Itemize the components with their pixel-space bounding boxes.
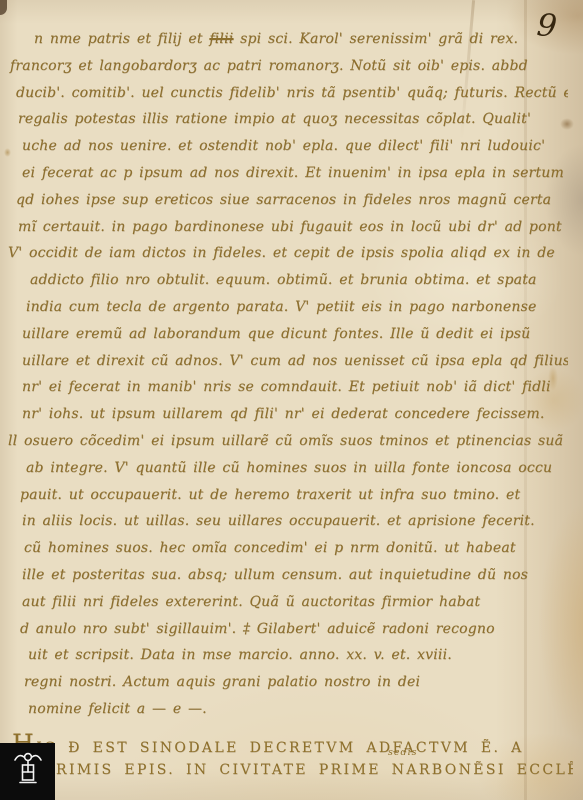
manuscript-line: ab integre. V' quantũ ille cũ homines su… bbox=[8, 455, 568, 482]
manuscript-line: in aliis locis. ut uillas. seu uillares … bbox=[8, 508, 568, 535]
manuscript-line: uillare et direxit cũ adnos. V' cum ad n… bbox=[8, 348, 568, 375]
manuscript-line: uit et scripsit. Data in mse marcio. ann… bbox=[8, 642, 568, 669]
manuscript-line: ll osuero cõcedim' ei ipsum uillarẽ cũ o… bbox=[8, 428, 568, 455]
manuscript-line: ei fecerat ac p ipsum ad nos direxit. Et… bbox=[8, 160, 568, 187]
manuscript-line: n nme patris et filij et filii spi sci. … bbox=[8, 26, 568, 53]
manuscript-line: uche ad nos uenire. et ostendit nob' epl… bbox=[8, 133, 568, 160]
manuscript-line: cũ homines suos. hec omĩa concedim' ei p… bbox=[8, 535, 568, 562]
manuscript-page: 9 n nme patris et filij et filii spi sci… bbox=[0, 0, 583, 800]
manuscript-line: aut filii nri fideles extererint. Quã ũ … bbox=[8, 589, 568, 616]
rubric-line: HIC Ð EST SINODALE DECRETVM ADFACTVM Ẽ. … bbox=[8, 730, 573, 757]
lantern-tower-icon bbox=[12, 749, 44, 795]
manuscript-line: nomine felicit a — e —. bbox=[8, 696, 568, 723]
manuscript-line: regalis potestas illis ratione impio at … bbox=[8, 106, 568, 133]
rubric-line: RIMIS EPIS. IN CIVITATE PRIME NARBONẼSI … bbox=[8, 757, 573, 784]
manuscript-lines: francorʒ et langobardorʒ ac patri romano… bbox=[8, 53, 568, 723]
synodal-rubric: HIC Ð EST SINODALE DECRETVM ADFACTVM Ẽ. … bbox=[8, 730, 573, 784]
manuscript-line: mĩ certauit. in pago bardinonese ubi fug… bbox=[8, 214, 568, 241]
manuscript-line: V' occidit de iam dictos in fideles. et … bbox=[8, 240, 568, 267]
manuscript-line: d anulo nro subt' sigillauim'. ‡ Gilaber… bbox=[8, 616, 568, 643]
interlinear-gloss: sedis bbox=[388, 747, 418, 758]
manuscript-line: india cum tecla de argento parata. V' pe… bbox=[8, 294, 568, 321]
manuscript-body: n nme patris et filij et filii spi sci. … bbox=[8, 26, 568, 723]
manuscript-line: uillare eremũ ad laborandum que dicunt f… bbox=[8, 321, 568, 348]
library-watermark bbox=[0, 743, 55, 800]
manuscript-line: qd iohes ipse sup ereticos siue sarracen… bbox=[8, 187, 568, 214]
line1-struck-word: filii bbox=[209, 31, 233, 47]
line1-post: spi sci. Karol' serenissim' grã di rex. bbox=[233, 31, 518, 47]
manuscript-line: francorʒ et langobardorʒ ac patri romano… bbox=[8, 53, 568, 80]
manuscript-line: pauit. ut occupauerit. ut de heremo trax… bbox=[8, 482, 568, 509]
line1-pre: n nme patris et filij et bbox=[34, 31, 209, 47]
manuscript-line: addicto filio nro obtulit. equum. obtimũ… bbox=[8, 267, 568, 294]
manuscript-line: regni nostri. Actum aquis grani palatio … bbox=[8, 669, 568, 696]
manuscript-line: ille et posteritas sua. absq; ullum cens… bbox=[8, 562, 568, 589]
manuscript-line: ducib'. comitib'. uel cunctis fidelib' n… bbox=[8, 80, 568, 107]
manuscript-line: nr' ei fecerat in manib' nris se comndau… bbox=[8, 374, 568, 401]
parchment-corner-damage bbox=[0, 0, 7, 15]
manuscript-line: nr' iohs. ut ipsum uillarem qd fili' nr'… bbox=[8, 401, 568, 428]
